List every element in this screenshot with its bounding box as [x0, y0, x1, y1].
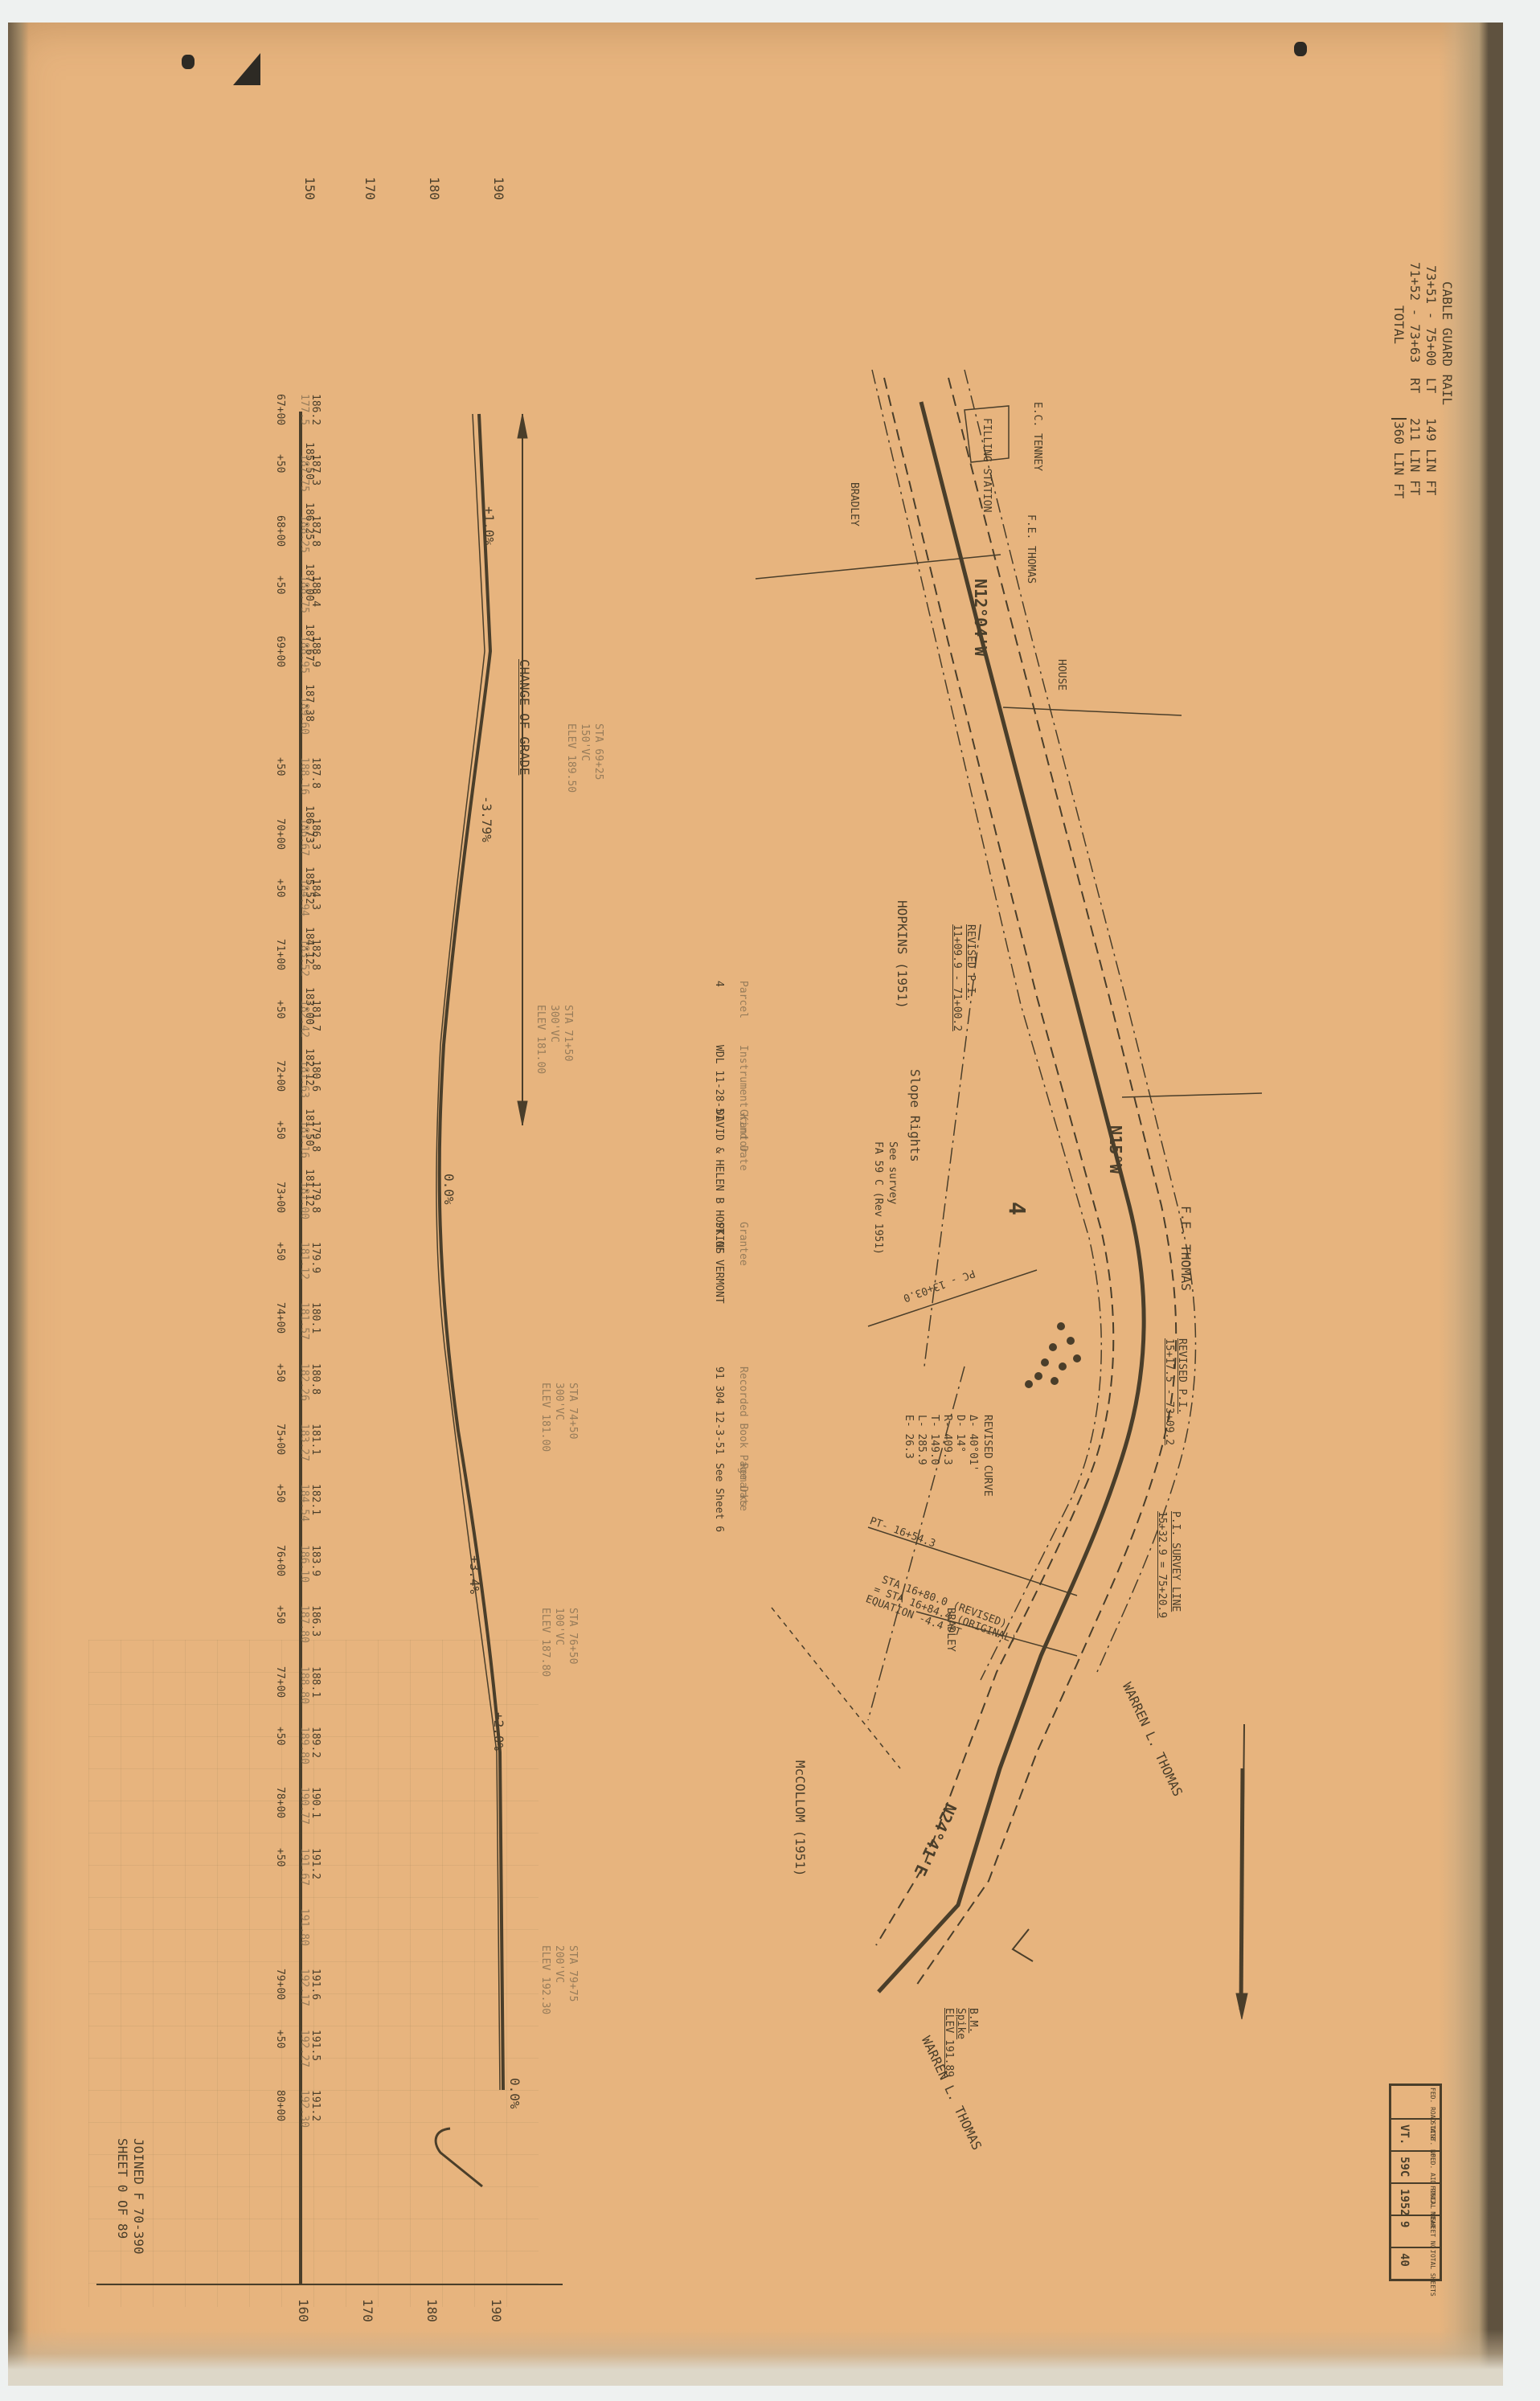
grade-elevation-faint: 187.80 — [298, 1605, 310, 1643]
vc-sta: STA 69+25 — [592, 723, 604, 780]
ground-elevation: 191.6 — [309, 1969, 322, 2000]
grade-elevation-faint: 187.75 — [298, 454, 310, 492]
guard-rail-row-1-length: 149 LIN FT — [1423, 418, 1439, 495]
ground-elevation: 189.2 — [309, 1727, 322, 1758]
bm-spike: Spike — [955, 2008, 967, 2039]
station-label: 67+00 — [274, 394, 286, 425]
grade-elevation-faint: 177.5 — [298, 394, 310, 425]
grade-elevation-faint: 188.75 — [298, 576, 310, 613]
deed-header: Grantor — [737, 1109, 749, 1153]
owner-fe-thomas-2: F.E. THOMAS — [1178, 1206, 1194, 1291]
grade-elevation-faint: 192.17 — [298, 1969, 310, 2006]
vc-elev: ELEV 181.00 — [534, 1005, 547, 1074]
grade-elevation-faint: 190.77 — [298, 1787, 310, 1825]
vc-elev: ELEV 187.80 — [539, 1608, 551, 1677]
vc-vc: 150'VC — [579, 723, 591, 761]
revised-pi-2-label: REVISED P.I. — [1176, 1338, 1188, 1414]
guard-rail-total-label: TOTAL — [1391, 305, 1407, 344]
title-block-value: 40 — [1398, 2253, 1411, 2267]
title-block-header: TOTAL SHEETS — [1429, 2250, 1436, 2297]
curve-l: L- 285.9 — [915, 1415, 928, 1465]
title-block-cell: TOTAL SHEETS40 — [1391, 2247, 1440, 2280]
deed-header: Parcel — [737, 981, 749, 1018]
station-label: +50 — [274, 576, 286, 594]
revised-curve-title: REVISED CURVE — [981, 1415, 993, 1497]
grade-label-2: -3.79% — [479, 796, 494, 842]
deed-cell: 4 — [713, 981, 725, 987]
grade-label-3: 0.0% — [441, 1174, 457, 1205]
vc-sta: STA 76+50 — [567, 1608, 579, 1664]
station-label: +50 — [274, 879, 286, 897]
ground-elevation: 181.7 — [309, 1000, 322, 1031]
grade-elevation-faint: 192.30 — [298, 2090, 310, 2128]
grade-elevation-faint: 188.25 — [298, 515, 310, 553]
title-block-cell: FED. AID PROJ. NO.59C — [1391, 2150, 1440, 2184]
ground-elevation: 186.3 — [309, 818, 322, 850]
grade-elevation-faint: 186.67 — [298, 818, 310, 856]
title-block-value: 59C — [1398, 2157, 1411, 2177]
station-label: 74+00 — [274, 1302, 286, 1334]
vc-vc: 200'VC — [553, 1945, 565, 1983]
bearing-2: N15°W — [1106, 1125, 1125, 1174]
deed-cell: See Sheet 6 — [713, 1463, 725, 1532]
station-label: +50 — [274, 1363, 286, 1382]
station-label: +50 — [274, 1727, 286, 1745]
ground-elevation: 180.6 — [309, 1060, 322, 1092]
ground-elevation: 188.9 — [309, 636, 322, 667]
bm-label: B.M. — [967, 2008, 979, 2033]
vc-elev: ELEV 192.30 — [539, 1945, 551, 2014]
ground-elevation: 186.3 — [309, 1605, 322, 1637]
title-block-value: VT. — [1398, 2124, 1411, 2145]
title-block-cell: FISCAL YEAR1952 — [1391, 2182, 1440, 2216]
ground-elevation: 187.8 — [309, 515, 322, 547]
vc-sta: STA 71+50 — [562, 1005, 574, 1061]
title-block-value: 1952 — [1398, 2189, 1411, 2216]
station-label: 76+00 — [274, 1545, 286, 1576]
grade-elevation-faint: 188.95 — [298, 636, 310, 674]
grade-elevation-faint: 186.10 — [298, 1545, 310, 1583]
station-label: +50 — [274, 1242, 286, 1260]
station-label: 71+00 — [274, 939, 286, 970]
title-block-cell: FED. ROAD DIST. NO. — [1391, 2086, 1440, 2118]
ground-elevation: 179.9 — [309, 1242, 322, 1273]
filling-station-label: FILLING STATION — [981, 418, 993, 512]
grade-elevation-faint: 181.57 — [298, 1302, 310, 1340]
ground-elevation: 181.1 — [309, 1424, 322, 1455]
see-survey-label: See survey — [887, 1141, 899, 1204]
owner-bradley-north: BRADLEY — [848, 482, 860, 526]
house-label: HOUSE — [1055, 659, 1067, 690]
grade-label-6: 0.0% — [507, 2078, 522, 2109]
station-label: 73+00 — [274, 1182, 286, 1213]
station-label: +50 — [274, 1848, 286, 1866]
vc-vc: 100'VC — [553, 1608, 565, 1645]
cable-guard-rail-title: CABLE GUARD RAIL — [1440, 281, 1455, 405]
station-label: 68+00 — [274, 515, 286, 547]
ground-elevation: 188.4 — [309, 576, 322, 607]
guard-rail-row-2-range: 71+52 - 73+63 — [1407, 262, 1423, 363]
ground-elevation: 191.2 — [309, 2090, 322, 2121]
ground-elevation: 183.9 — [309, 1545, 322, 1576]
station-label: 75+00 — [274, 1424, 286, 1455]
curve-r: R- 409.3 — [941, 1415, 953, 1465]
station-label: +50 — [274, 1605, 286, 1624]
owner-hopkins: HOPKINS (1951) — [895, 900, 910, 1009]
revised-pi-2-sta: 15+17.5 - 73+09.2 — [1163, 1338, 1175, 1445]
station-label: +50 — [274, 1000, 286, 1018]
ground-elevation: 187.8 — [309, 757, 322, 789]
ground-elevation: 188.1 — [309, 1666, 322, 1698]
vc-sta: STA 74+50 — [567, 1383, 579, 1439]
elev-bottom-180: 180 — [424, 2299, 440, 2322]
grade-elevation-faint: 188.80 — [298, 1666, 310, 1704]
ground-elevation: 190.1 — [309, 1787, 322, 1818]
grade-elevation-faint: 188.16 — [298, 757, 310, 795]
title-block-cell: STATEVT. — [1391, 2118, 1440, 2152]
vc-vc: 300'VC — [553, 1383, 565, 1420]
grade-label-1: +1.0% — [481, 506, 497, 545]
elev-bottom-160: 160 — [296, 2299, 311, 2322]
slope-rights-label: Slope Rights — [907, 1069, 923, 1162]
grade-elevation-faint: 181.12 — [298, 1242, 310, 1280]
title-block-header: STATE — [1429, 2121, 1436, 2141]
revised-pi-1-sta: 11+09.9 - 71+00.2 — [951, 924, 963, 1031]
grade-elevation-faint: 181.63 — [298, 1060, 310, 1098]
guard-rail-row-2-length: 211 LIN FT — [1407, 418, 1423, 495]
grade-label-4: +3.4% — [467, 1555, 482, 1594]
pi-survey-sta: 15+32.9 = 75+20.9 — [1156, 1511, 1168, 1618]
elev-label-190: 190 — [491, 177, 506, 200]
ground-elevation: 179.8 — [309, 1182, 322, 1213]
deed-cell: ST OF VERMONT — [713, 1222, 725, 1304]
ground-elevation: 180.1 — [309, 1302, 322, 1334]
grade-elevation-faint: 181.16 — [298, 1121, 310, 1158]
ground-elevation: 182.8 — [309, 939, 322, 970]
ground-elevation: 191.5 — [309, 2030, 322, 2061]
vc-sta: STA 79+75 — [567, 1945, 579, 2002]
elev-bottom-170: 170 — [360, 2299, 375, 2322]
grade-elevation-faint: 183.52 — [298, 939, 310, 977]
owner-fe-thomas: F.E. THOMAS — [1025, 514, 1037, 584]
grade-label-5: +2.0% — [491, 1712, 506, 1751]
vc-vc: 300'VC — [548, 1005, 560, 1043]
pi-survey-label: P.I. SURVEY LINE — [1169, 1511, 1182, 1612]
sheet-ref-line2: SHEET 0 OF 89 — [115, 2138, 130, 2239]
station-label: 80+00 — [274, 2090, 286, 2121]
curve-d: D- 14° — [954, 1415, 966, 1452]
grade-elevation-faint: 184.94 — [298, 879, 310, 916]
station-label: +50 — [274, 757, 286, 776]
station-label: 70+00 — [274, 818, 286, 850]
vc-elev: ELEV 181.00 — [539, 1383, 551, 1452]
grade-elevation-faint: 192.27 — [298, 2030, 310, 2067]
grade-elevation-faint: 191.80 — [298, 1908, 310, 1946]
grade-elevation-faint: 184.54 — [298, 1484, 310, 1522]
station-label: +50 — [274, 2030, 286, 2048]
ground-elevation: 184.3 — [309, 879, 322, 910]
ground-elevation: 182.1 — [309, 1484, 322, 1515]
station-label: 78+00 — [274, 1787, 286, 1818]
guard-rail-total-value: 360 LIN FT — [1391, 418, 1407, 498]
grade-elevation-faint: 181.00 — [298, 1182, 310, 1219]
sheet-ref-line1: JOINED F 70-390 — [131, 2138, 146, 2255]
curve-delta: Δ- 40°01' — [967, 1415, 979, 1471]
change-of-grade-label: CHANGE OF GRADE — [517, 659, 532, 776]
title-block: FED. ROAD DIST. NO.STATEVT.FED. AID PROJ… — [1389, 2083, 1442, 2281]
owner-tenney: E.C. TENNEY — [1031, 402, 1043, 471]
guard-rail-row-1-range: 73+51 - 75+00 — [1423, 265, 1439, 366]
ground-elevation: 186.2 — [309, 394, 322, 425]
station-label: 79+00 — [274, 1969, 286, 2000]
station-label: 69+00 — [274, 636, 286, 667]
ground-elevation: 179.8 — [309, 1121, 322, 1152]
elev-label-180: 180 — [427, 177, 442, 200]
owner-mccollom: McCOLLOM (1951) — [793, 1760, 808, 1877]
title-block-value: 9 — [1398, 2221, 1411, 2227]
curve-t: T- 149.0 — [928, 1415, 940, 1465]
parcel-number: 4 — [1004, 1202, 1030, 1215]
guard-rail-row-1-side: LT — [1423, 378, 1439, 393]
revised-pi-1-label: REVISED P.I. — [965, 924, 977, 1000]
grade-elevation-faint: 191.67 — [298, 1848, 310, 1886]
station-label: 77+00 — [274, 1666, 286, 1698]
bm-elev: ELEV 191.89 — [943, 2008, 955, 2077]
see-survey-ref: FA 59 C (Rev 1951) — [872, 1141, 884, 1255]
elev-label-170: 170 — [362, 177, 378, 200]
deed-header: Remarks — [737, 1463, 749, 1507]
deed-cell: 91 304 12-3-51 — [713, 1366, 725, 1455]
ground-elevation: 187.3 — [309, 454, 322, 486]
plan-profile-linework — [0, 0, 1540, 2401]
ground-elevation: 180.8 — [309, 1363, 322, 1395]
vc-elev: ELEV 189.50 — [565, 723, 577, 793]
grade-elevation-faint: 183.27 — [298, 1424, 310, 1461]
grade-elevation-faint: 189.60 — [298, 697, 310, 735]
elev-bottom-190: 190 — [489, 2299, 504, 2322]
deed-header: Grantee — [737, 1222, 749, 1266]
title-block-cell: SHEET NO.9 — [1391, 2215, 1440, 2248]
station-label: 72+00 — [274, 1060, 286, 1092]
bearing-1: N12°04'W — [971, 579, 990, 656]
elev-label-150: 150 — [302, 177, 317, 200]
grade-elevation-faint: 189.80 — [298, 1727, 310, 1764]
grade-elevation-faint: 182.42 — [298, 1000, 310, 1038]
station-label: +50 — [274, 454, 286, 473]
curve-e: E- 26.3 — [903, 1415, 915, 1459]
grade-elevation-faint: 182.26 — [298, 1363, 310, 1401]
ground-elevation: 191.2 — [309, 1848, 322, 1879]
station-label: +50 — [274, 1121, 286, 1139]
guard-rail-row-2-side: RT — [1407, 378, 1423, 393]
station-label: +50 — [274, 1484, 286, 1502]
